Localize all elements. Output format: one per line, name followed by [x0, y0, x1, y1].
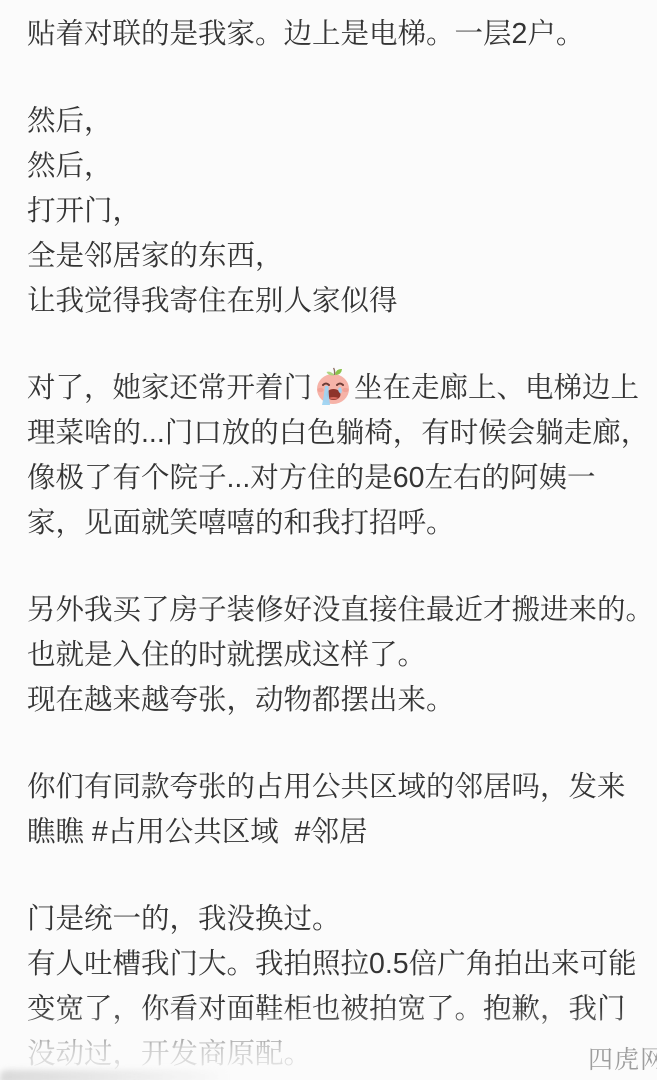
post-paragraph-5: 你们有同款夸张的占用公共区域的邻居吗，发来 瞧瞧 #占用公共区域 #邻居	[27, 765, 643, 855]
post-body: 贴着对联的是我家。边上是电梯。一层2户。 然后， 然后， 打开门， 全是邻居家的…	[0, 0, 657, 1077]
site-watermark: 四虎网	[588, 1048, 657, 1073]
bottom-left-shadow	[0, 1070, 230, 1080]
text-line: 然后，	[27, 144, 643, 189]
text-line: 现在越来越夸张，动物都摆出来。	[27, 678, 643, 723]
text-line: 门是统一的，我没换过。	[27, 897, 643, 942]
text-line: 让我觉得我寄住在别人家似得	[27, 279, 643, 324]
post-screenshot: { "colors": { "background": "#fbfbfb", "…	[0, 0, 657, 1080]
post-paragraph-1: 贴着对联的是我家。边上是电梯。一层2户。	[27, 12, 643, 57]
text-segment: 坐在走廊上、电梯边上	[354, 372, 639, 404]
text-segment: 对了，她家还常开着门	[27, 372, 312, 404]
text-line: 打开门，	[27, 189, 643, 234]
post-paragraph-2: 然后， 然后， 打开门， 全是邻居家的东西， 让我觉得我寄住在别人家似得	[27, 99, 643, 324]
text-line: 你们有同款夸张的占用公共区域的邻居吗，发来	[27, 765, 643, 810]
text-line: 另外我买了房子装修好没直接住最近才搬进来的。	[27, 588, 643, 633]
post-paragraph-4: 另外我买了房子装修好没直接住最近才搬进来的。 也就是入住的时就摆成这样了。 现在…	[27, 588, 643, 723]
text-line: 贴着对联的是我家。边上是电梯。一层2户。	[27, 12, 643, 57]
text-line: 全是邻居家的东西，	[27, 234, 643, 279]
text-line: 然后，	[27, 99, 643, 144]
text-line: 也就是入住的时就摆成这样了。	[27, 633, 643, 678]
text-line: 像极了有个院子...对方住的是60左右的阿姨一	[27, 456, 643, 501]
post-paragraph-6: 门是统一的，我没换过。 有人吐槽我门大。我拍照拉0.5倍广角拍出来可能 变宽了，…	[27, 897, 643, 1077]
text-line-with-hashtags: 瞧瞧 #占用公共区域 #邻居	[27, 810, 643, 855]
text-line: 理菜啥的...门口放的白色躺椅，有时候会躺走廊，	[27, 411, 643, 456]
text-line: 变宽了，你看对面鞋柜也被拍宽了。抱歉，我门	[27, 987, 643, 1032]
text-line: 对了，她家还常开着门 坐在走廊上、电梯边上	[27, 366, 643, 411]
crying-peach-emoji-sticker	[313, 367, 353, 407]
text-line: 家，见面就笑嘻嘻的和我打招呼。	[27, 501, 643, 546]
post-paragraph-3: 对了，她家还常开着门 坐在走廊上、电梯边上 理菜啥的...门口放的白色躺椅，有时…	[27, 366, 643, 546]
text-line: 有人吐槽我门大。我拍照拉0.5倍广角拍出来可能	[27, 942, 643, 987]
